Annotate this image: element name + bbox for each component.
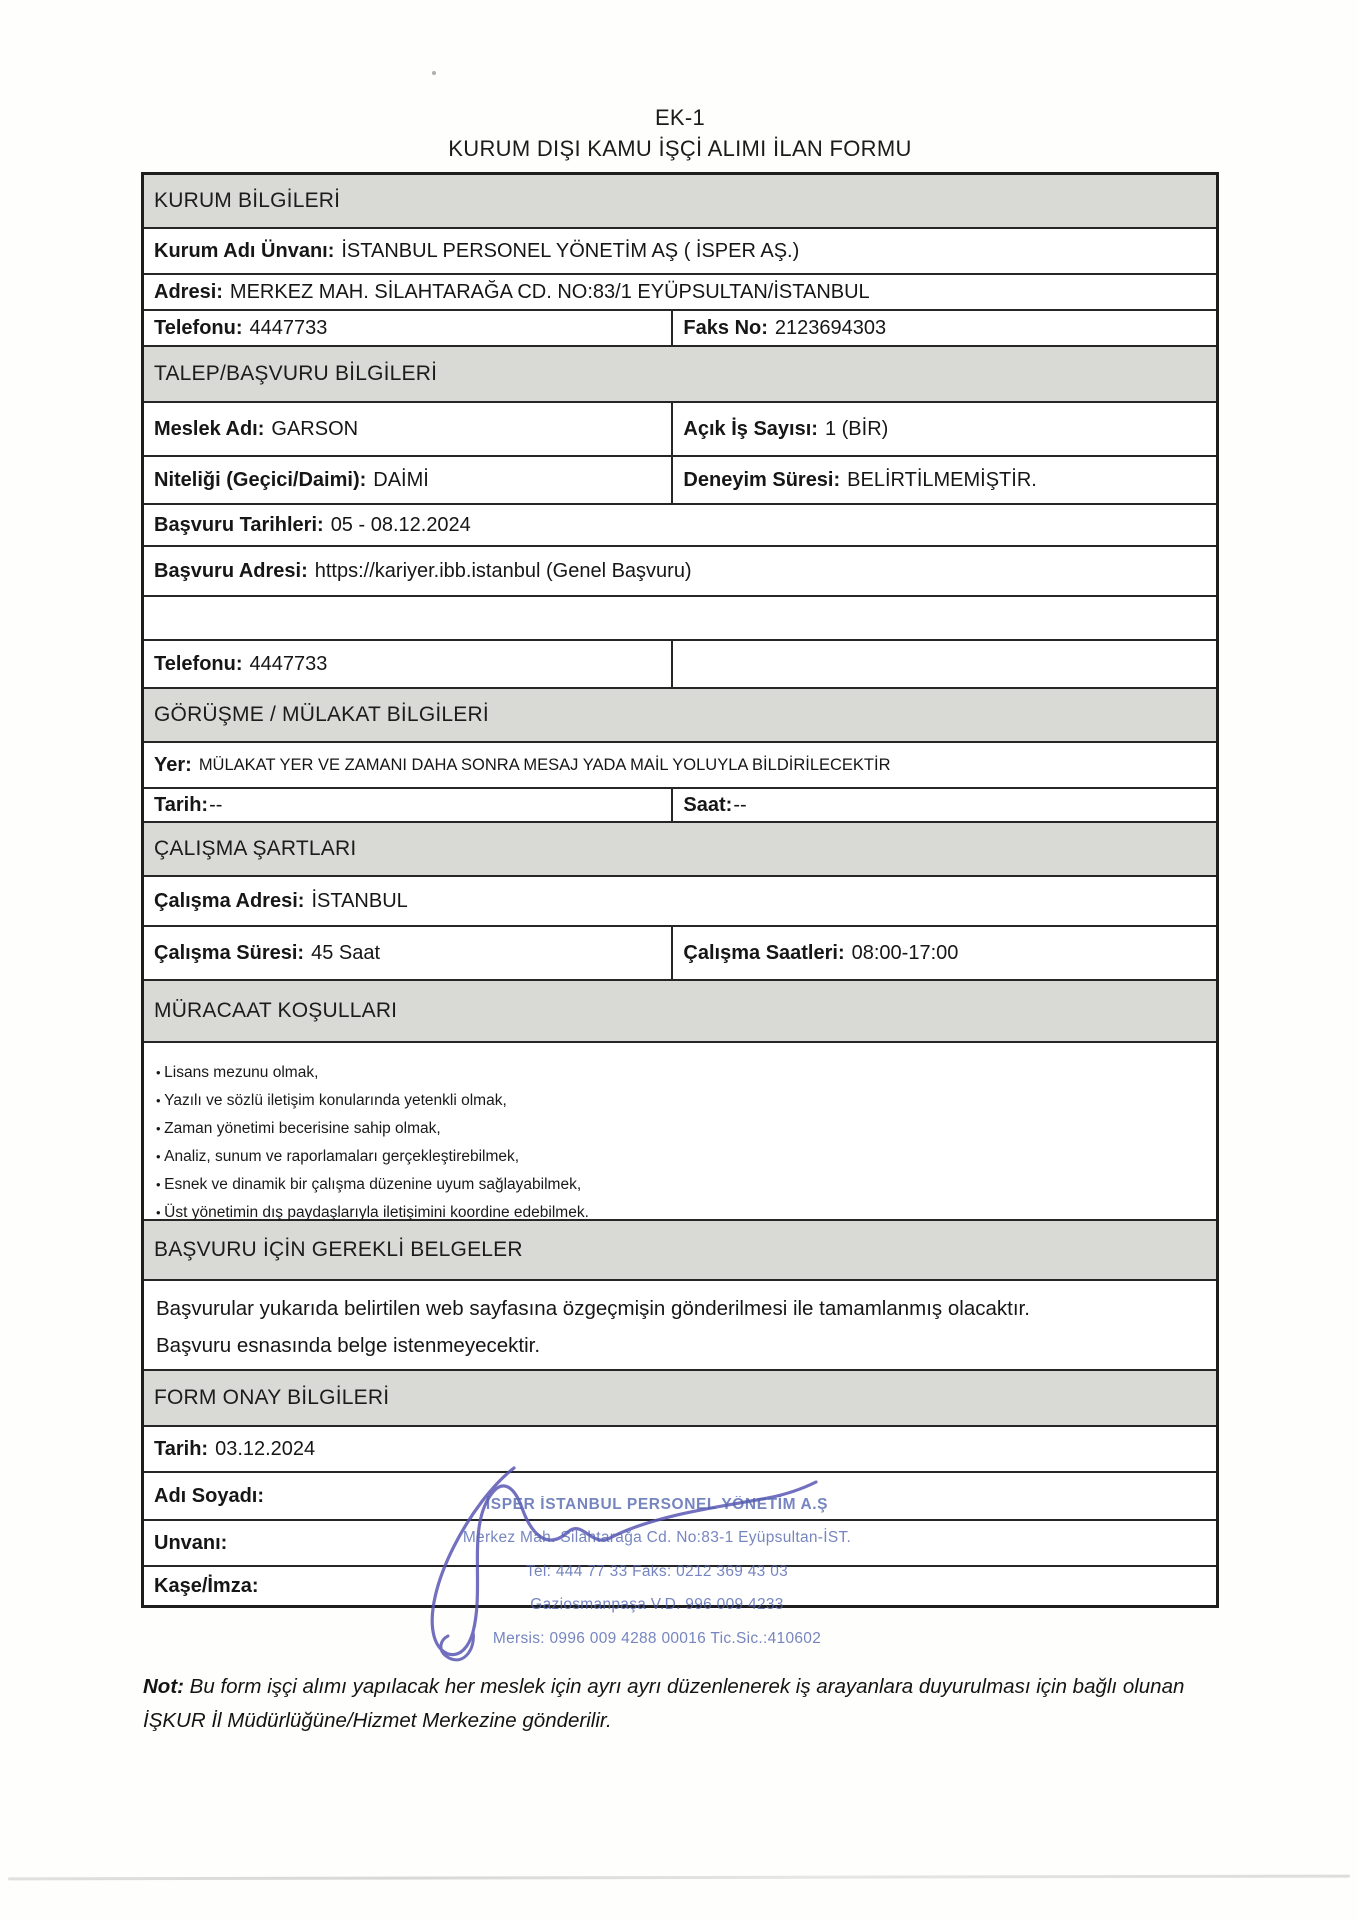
gorusme-yer-value: MÜLAKAT YER VE ZAMANI DAHA SONRA MESAJ Y… [199,756,891,775]
cell-niteligi-deneyim-right: Deneyim Süresi:BELİRTİLMEMİŞTİR. [671,457,1216,503]
unvani-label: Unvanı: [154,1532,227,1555]
niteligi-deneyim-left-label: Niteliği (Geçici/Daimi): [154,469,366,492]
stamp-line: Mersis: 0996 009 4288 00016 Tic.Sic.:410… [437,1622,877,1655]
cell-basvuru-adresi: Başvuru Adresi:https://kariyer.ibb.istan… [144,547,1216,595]
section-title-gorusme-mulakat-bilgileri: GÖRÜŞME / MÜLAKAT BİLGİLERİ [154,703,489,727]
cell-tarih-saat-left: Tarih:-- [144,789,671,821]
calisma-suresi-saatleri-left-value: 45 Saat [311,942,380,965]
calisma-adresi-value: İSTANBUL [311,890,407,913]
belgeler-aciklama-line-1: Başvuru esnasında belge istenmeyecektir. [156,1327,1204,1364]
onay-tarih-label: Tarih: [154,1438,208,1461]
stamp-line: İSPER İSTANBUL PERSONEL YÖNETİM A.Ş [437,1488,877,1521]
form-title-line2: KURUM DIŞI KAMU İŞÇİ ALIMI İLAN FORMU [141,133,1219,164]
row-belgeler-aciklama: Başvurular yukarıda belirtilen web sayfa… [144,1279,1216,1369]
row-calisma-sartlari: ÇALIŞMA ŞARTLARI [144,821,1216,875]
row-empty-row [144,595,1216,639]
row-kurum-adi-unvani: Kurum Adı Ünvanı:İSTANBUL PERSONEL YÖNET… [144,227,1216,273]
bottom-note-label: Not: [143,1675,184,1698]
row-basvuru-adresi: Başvuru Adresi:https://kariyer.ibb.istan… [144,545,1216,595]
tarih-saat-left-value: -- [209,794,222,817]
telefonu-faks-left-label: Telefonu: [154,317,243,340]
section-title-calisma-sartlari: ÇALIŞMA ŞARTLARI [154,837,356,861]
basvuru-tarihleri-label: Başvuru Tarihleri: [154,514,324,537]
onay-tarih-value: 03.12.2024 [215,1438,315,1461]
section-title-talep-basvuru-bilgileri: TALEP/BAŞVURU BİLGİLERİ [154,362,437,386]
section-title-form-onay-bilgileri: FORM ONAY BİLGİLERİ [154,1386,389,1410]
belgeler-aciklama-line-0: Başvurular yukarıda belirtilen web sayfa… [156,1290,1204,1327]
telefonu-faks-left-value: 4447733 [250,317,328,340]
kurum-adi-unvani-label: Kurum Adı Ünvanı: [154,240,334,263]
scanned-form-page: EK-1 KURUM DIŞI KAMU İŞÇİ ALIMI İLAN FOR… [0,0,1358,1920]
section-title-muracaat-kosullari: MÜRACAAT KOŞULLARI [154,999,397,1023]
adresi-value: MERKEZ MAH. SİLAHTARAĞA CD. NO:83/1 EYÜP… [230,281,870,304]
bullet-item-0: Lisans mezunu olmak, [156,1059,1206,1087]
bullet-item-1: Yazılı ve sözlü iletişim konularında yet… [156,1087,1206,1115]
company-stamp: İSPER İSTANBUL PERSONEL YÖNETİM A.Ş Merk… [437,1488,877,1655]
bullet-item-4: Esnek ve dinamik bir çalışma düzenine uy… [156,1171,1206,1199]
calisma-adresi-label: Çalışma Adresi: [154,890,304,913]
calisma-suresi-saatleri-right-value: 08:00-17:00 [852,942,959,965]
form-title-line1: EK-1 [141,102,1219,133]
section-title-kurum-bilgileri: KURUM BİLGİLERİ [154,189,340,213]
bullet-item-2: Zaman yönetimi becerisine sahip olmak, [156,1115,1206,1143]
tarih-saat-right-label: Saat: [683,794,732,817]
bullet-item-3: Analiz, sunum ve raporlamaları gerçekleş… [156,1143,1206,1171]
bottom-note-body: Bu form işçi alımı yapılacak her meslek … [143,1675,1184,1732]
tarih-saat-right-value: -- [733,794,746,817]
calisma-suresi-saatleri-left-label: Çalışma Süresi: [154,942,304,965]
cell-telefonu-2-right [671,641,1216,687]
telefonu-faks-right-label: Faks No: [683,317,767,340]
scan-artifact-dot [432,71,436,75]
row-calisma-adresi: Çalışma Adresi:İSTANBUL [144,875,1216,925]
telefonu-2-left-value: 4447733 [250,653,328,676]
meslek-acik-is-right-label: Açık İş Sayısı: [683,418,818,441]
cell-telefonu-faks-right: Faks No:2123694303 [671,311,1216,345]
kurum-adi-unvani-value: İSTANBUL PERSONEL YÖNETİM AŞ ( İSPER AŞ.… [341,240,799,263]
row-gorusme-yer: Yer:MÜLAKAT YER VE ZAMANI DAHA SONRA MES… [144,741,1216,787]
cell-calisma-suresi-saatleri-right: Çalışma Saatleri:08:00-17:00 [671,927,1216,979]
cell-meslek-acik-is-right: Açık İş Sayısı:1 (BİR) [671,403,1216,455]
row-basvuru-tarihleri: Başvuru Tarihleri:05 - 08.12.2024 [144,503,1216,545]
row-basvuru-icin-gerekli-belgeler: BAŞVURU İÇİN GEREKLİ BELGELER [144,1219,1216,1279]
stamp-line: Gaziosmanpaşa V.D. 996 009 4233 [437,1588,877,1621]
cell-adresi: Adresi:MERKEZ MAH. SİLAHTARAĞA CD. NO:83… [144,275,1216,309]
row-telefonu-faks: Telefonu:4447733Faks No:2123694303 [144,309,1216,345]
basvuru-adresi-value: https://kariyer.ibb.istanbul (Genel Başv… [315,560,692,583]
row-calisma-suresi-saatleri: Çalışma Süresi:45 SaatÇalışma Saatleri:0… [144,925,1216,979]
form-table: KURUM BİLGİLERİKurum Adı Ünvanı:İSTANBUL… [141,172,1219,1608]
cell-gorusme-yer: Yer:MÜLAKAT YER VE ZAMANI DAHA SONRA MES… [144,743,1216,787]
stamp-line: Merkez Mah. Silahtarağa Cd. No:83-1 Eyüp… [437,1521,877,1554]
bottom-note: Not: Bu form işçi alımı yapılacak her me… [143,1670,1221,1738]
cell-telefonu-2-left: Telefonu:4447733 [144,641,671,687]
row-gorusme-mulakat-bilgileri: GÖRÜŞME / MÜLAKAT BİLGİLERİ [144,687,1216,741]
cell-kurum-adi-unvani: Kurum Adı Ünvanı:İSTANBUL PERSONEL YÖNET… [144,229,1216,273]
row-adresi: Adresi:MERKEZ MAH. SİLAHTARAĞA CD. NO:83… [144,273,1216,309]
row-niteligi-deneyim: Niteliği (Geçici/Daimi):DAİMİDeneyim Sür… [144,455,1216,503]
adresi-label: Adresi: [154,281,223,304]
row-muracaat-kosullari: MÜRACAAT KOŞULLARI [144,979,1216,1041]
niteligi-deneyim-right-value: BELİRTİLMEMİŞTİR. [847,469,1037,492]
telefonu-2-left-label: Telefonu: [154,653,243,676]
meslek-acik-is-left-label: Meslek Adı: [154,418,264,441]
basvuru-adresi-label: Başvuru Adresi: [154,560,308,583]
gorusme-yer-label: Yer: [154,754,192,777]
row-meslek-acik-is: Meslek Adı:GARSONAçık İş Sayısı:1 (BİR) [144,401,1216,455]
section-title-basvuru-icin-gerekli-belgeler: BAŞVURU İÇİN GEREKLİ BELGELER [154,1238,523,1262]
telefonu-faks-right-value: 2123694303 [775,317,886,340]
row-form-onay-bilgileri: FORM ONAY BİLGİLERİ [144,1369,1216,1425]
cell-basvuru-tarihleri: Başvuru Tarihleri:05 - 08.12.2024 [144,505,1216,545]
form-title: EK-1 KURUM DIŞI KAMU İŞÇİ ALIMI İLAN FOR… [141,102,1219,164]
basvuru-tarihleri-value: 05 - 08.12.2024 [331,514,471,537]
adi-soyadi-label: Adı Soyadı: [154,1485,264,1508]
niteligi-deneyim-left-value: DAİMİ [373,469,429,492]
cell-telefonu-faks-left: Telefonu:4447733 [144,311,671,345]
cell-calisma-suresi-saatleri-left: Çalışma Süresi:45 Saat [144,927,671,979]
niteligi-deneyim-right-label: Deneyim Süresi: [683,469,840,492]
meslek-acik-is-left-value: GARSON [271,418,358,441]
cell-tarih-saat-right: Saat:-- [671,789,1216,821]
cell-calisma-adresi: Çalışma Adresi:İSTANBUL [144,877,1216,925]
row-talep-basvuru-bilgileri: TALEP/BAŞVURU BİLGİLERİ [144,345,1216,401]
row-muracaat-kosullari-list: Lisans mezunu olmak,Yazılı ve sözlü ilet… [144,1041,1216,1219]
row-telefonu-2: Telefonu:4447733 [144,639,1216,687]
meslek-acik-is-right-value: 1 (BİR) [825,418,888,441]
row-tarih-saat: Tarih:--Saat:-- [144,787,1216,821]
calisma-suresi-saatleri-right-label: Çalışma Saatleri: [683,942,844,965]
row-kurum-bilgileri: KURUM BİLGİLERİ [144,175,1216,227]
cell-meslek-acik-is-left: Meslek Adı:GARSON [144,403,671,455]
stamp-line: Tel: 444 77 33 Faks: 0212 369 43 03 [437,1555,877,1588]
tarih-saat-left-label: Tarih: [154,794,208,817]
kase-imza-label: Kaşe/İmza: [154,1575,259,1598]
scan-edge-shadow [8,1875,1350,1881]
cell-niteligi-deneyim-left: Niteliği (Geçici/Daimi):DAİMİ [144,457,671,503]
